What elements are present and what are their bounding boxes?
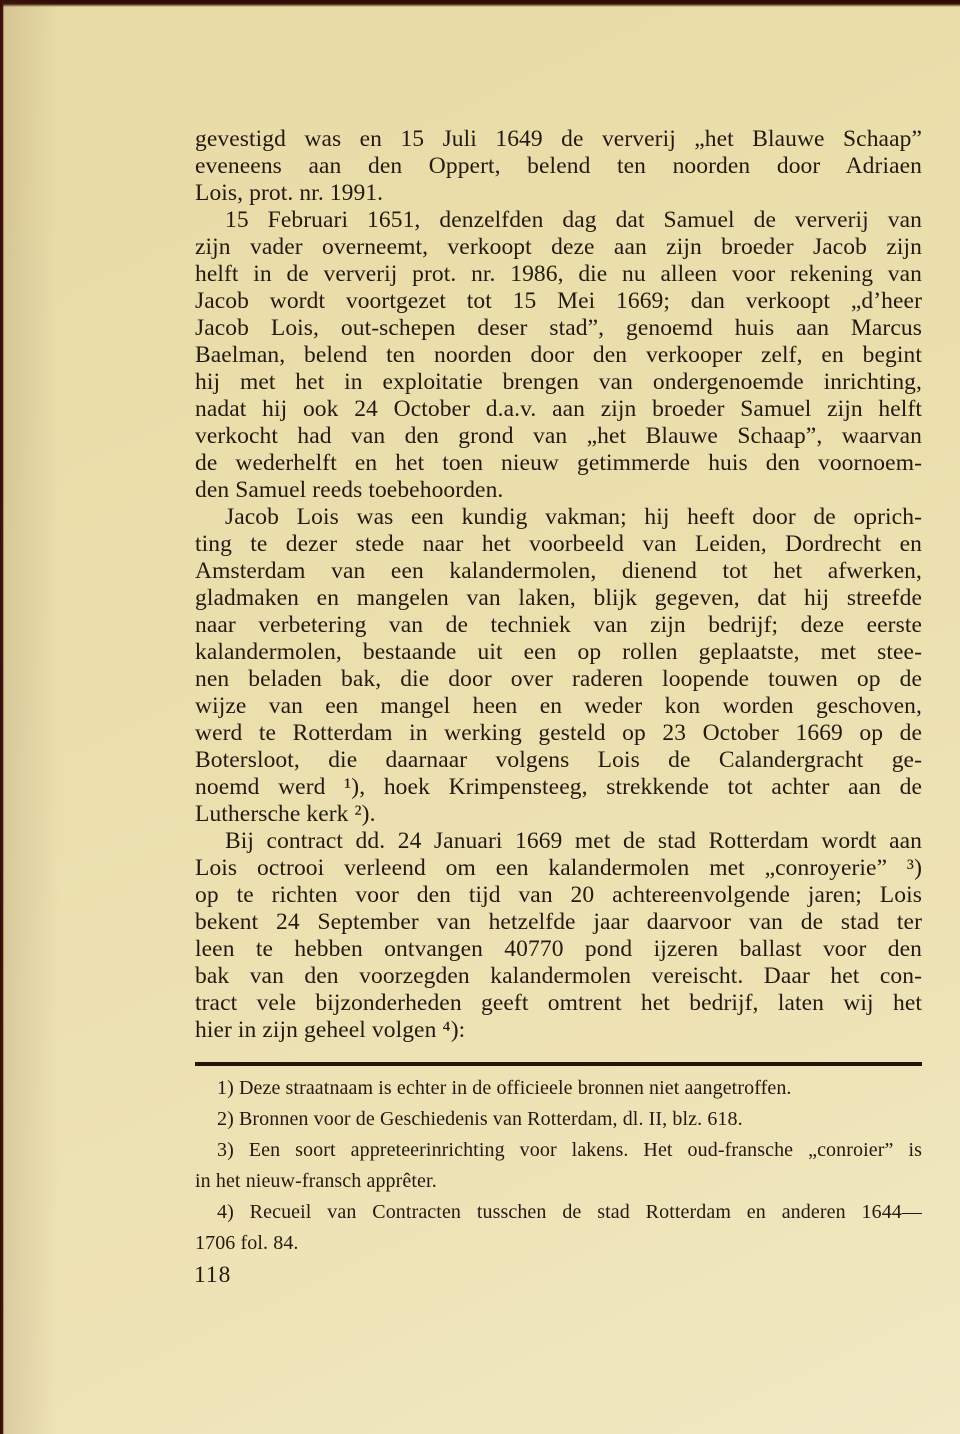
text-line: bekent 24 September van hetzelfde jaar d… xyxy=(195,909,922,936)
text-line: Luthersche kerk ²). xyxy=(195,801,922,828)
text-line: Amsterdam van een kalandermolen, dienend… xyxy=(195,558,922,585)
footnote-line: 4) Recueil van Contracten tusschen de st… xyxy=(195,1197,922,1228)
text-line: gladmaken en mangelen van laken, blijk g… xyxy=(195,585,922,612)
text-line: den Samuel reeds toebehoorden. xyxy=(195,477,922,504)
text-line: Jacob Lois, out-schepen deser stad”, gen… xyxy=(195,315,922,342)
text-line: ting te dezer stede naar het voorbeeld v… xyxy=(195,531,922,558)
text-line: eveneens aan den Oppert, belend ten noor… xyxy=(195,153,922,180)
page-number: 118 xyxy=(194,1262,231,1289)
text-line: noemd werd ¹), hoek Krimpensteeg, strekk… xyxy=(195,774,922,801)
text-line: nadat hij ook 24 October d.a.v. aan zijn… xyxy=(195,396,922,423)
text-line: tract vele bijzonderheden geeft omtrent … xyxy=(195,990,922,1017)
text-line: bak van den voorzegden kalandermolen ver… xyxy=(195,963,922,990)
text-line: 15 Februari 1651, denzelfden dag dat Sam… xyxy=(195,207,922,234)
text-line: Botersloot, die daarnaar volgens Lois de… xyxy=(195,747,922,774)
page-curvature-shade xyxy=(4,0,59,1434)
footnote-1: 1) Deze straatnaam is echter in de offic… xyxy=(195,1073,922,1104)
text-line: werd te Rotterdam in werking gesteld op … xyxy=(195,720,922,747)
footnote-separator-rule xyxy=(195,1062,922,1066)
footnote-2: 2) Bronnen voor de Geschiedenis van Rott… xyxy=(195,1104,922,1135)
text-line: verkocht had van den grond van „het Blau… xyxy=(195,423,922,450)
text-line: wijze van een mangel heen en weder kon w… xyxy=(195,693,922,720)
paragraph: Bij contract dd. 24 Januari 1669 met de … xyxy=(195,828,922,1044)
footnote-line: 2) Bronnen voor de Geschiedenis van Rott… xyxy=(195,1104,922,1135)
text-line: naar verbetering van de techniek van zij… xyxy=(195,612,922,639)
text-line: Baelman, belend ten noorden door den ver… xyxy=(195,342,922,369)
text-line: Bij contract dd. 24 Januari 1669 met de … xyxy=(195,828,922,855)
footnote-line: 1706 fol. 84. xyxy=(195,1228,922,1259)
body-text: gevestigd was en 15 Juli 1649 de ververi… xyxy=(195,126,922,1044)
text-line: kalandermolen, bestaande uit een op roll… xyxy=(195,639,922,666)
footnote-line: 3) Een soort appreteerinrichting voor la… xyxy=(195,1135,922,1166)
text-line: nen beladen bak, die door over raderen l… xyxy=(195,666,922,693)
footnotes: 1) Deze straatnaam is echter in de offic… xyxy=(195,1073,922,1259)
text-line: leen te hebben ontvangen 40770 pond ijze… xyxy=(195,936,922,963)
text-line: Lois, prot. nr. 1991. xyxy=(195,180,922,207)
footnote-3: 3) Een soort appreteerinrichting voor la… xyxy=(195,1135,922,1197)
footnote-4: 4) Recueil van Contracten tusschen de st… xyxy=(195,1197,922,1259)
text-line: helft in de ververij prot. nr. 1986, die… xyxy=(195,261,922,288)
paragraph: Jacob Lois was een kundig vakman; hij he… xyxy=(195,504,922,828)
text-line: op te richten voor den tijd van 20 achte… xyxy=(195,882,922,909)
text-line: de wederhelft en het toen nieuw getimmer… xyxy=(195,450,922,477)
scanned-book-page: gevestigd was en 15 Juli 1649 de ververi… xyxy=(0,0,960,1434)
footnote-line: in het nieuw-fransch apprêter. xyxy=(195,1166,922,1197)
footnote-line: 1) Deze straatnaam is echter in de offic… xyxy=(195,1073,922,1104)
text-line: Jacob wordt voortgezet tot 15 Mei 1669; … xyxy=(195,288,922,315)
text-line: hier in zijn geheel volgen ⁴): xyxy=(195,1017,922,1044)
paragraph: 15 Februari 1651, denzelfden dag dat Sam… xyxy=(195,207,922,504)
text-line: hij met het in exploitatie brengen van o… xyxy=(195,369,922,396)
text-line: Jacob Lois was een kundig vakman; hij he… xyxy=(195,504,922,531)
text-line: gevestigd was en 15 Juli 1649 de ververi… xyxy=(195,126,922,153)
paragraph-continuation: gevestigd was en 15 Juli 1649 de ververi… xyxy=(195,126,922,207)
binding-edge-top xyxy=(0,0,960,7)
text-line: Lois octrooi verleend om een kalandermol… xyxy=(195,855,922,882)
text-line: zijn vader overneemt, verkoopt deze aan … xyxy=(195,234,922,261)
